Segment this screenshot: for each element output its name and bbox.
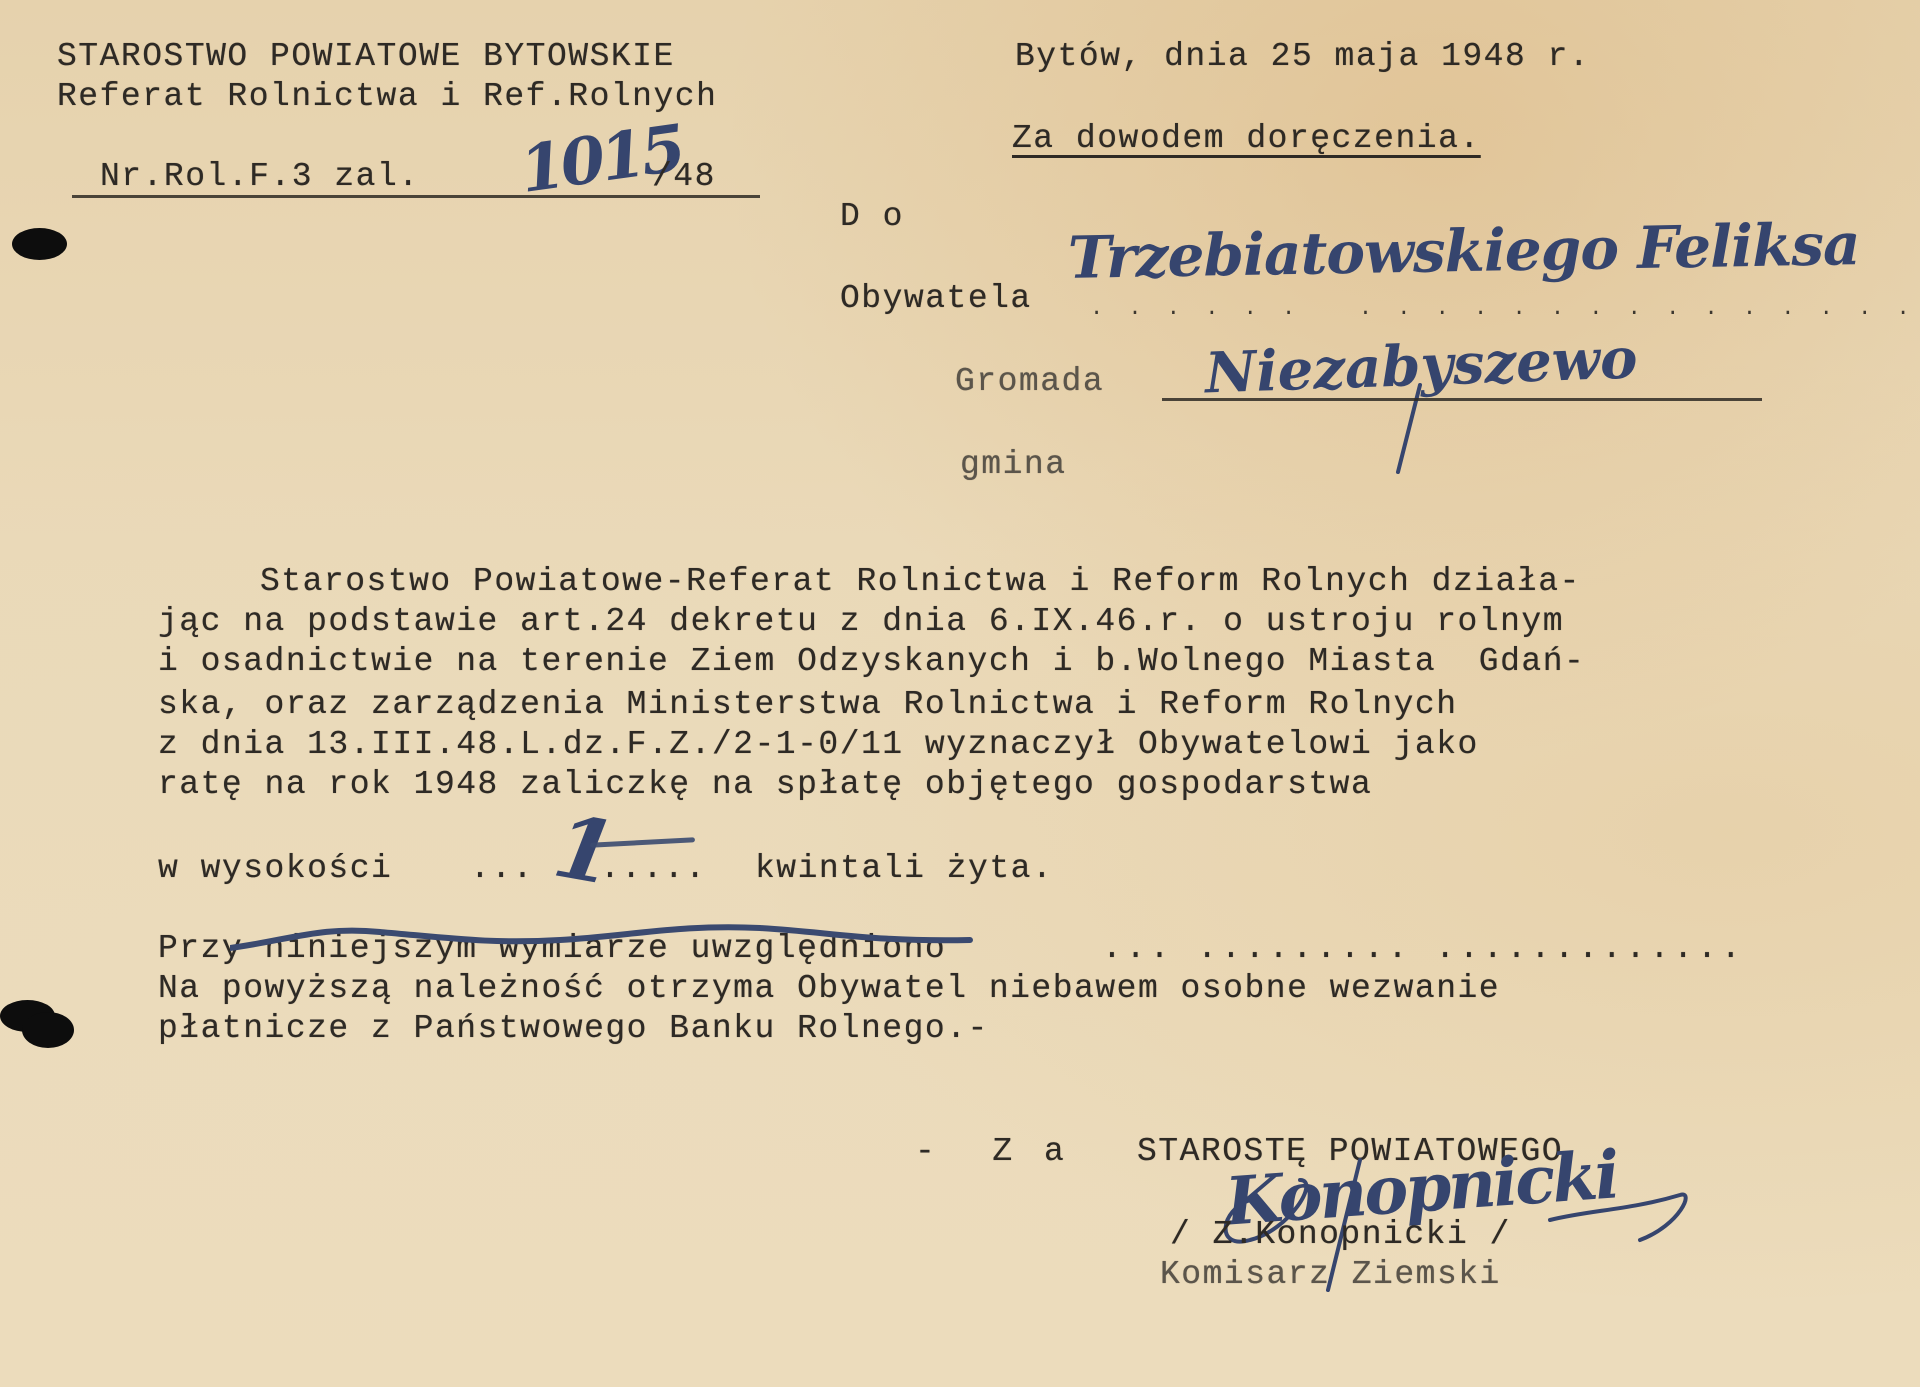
reference-suffix: /48 [652, 160, 716, 193]
body-line-6: ratę na rok 1948 zaliczkę na spłatę obję… [158, 768, 1372, 801]
strikethrough-stroke [230, 918, 990, 958]
community-underline [1162, 398, 1762, 401]
place-date: Bytów, dnia 25 maja 1948 r. [1015, 40, 1590, 73]
commune-label: gmina [960, 448, 1067, 481]
office-department: Referat Rolnictwa i Ref.Rolnych [57, 80, 717, 113]
body-line-5: z dnia 13.III.48.L.dz.F.Z./2-1-0/11 wyzn… [158, 728, 1479, 761]
citizen-name-handwritten: Trzebiatowskiego Feliksa [1068, 215, 1860, 287]
amount-prefix: w wysokości [158, 852, 392, 885]
body-line-1: Starostwo Powiatowe-Referat Rolnictwa i … [260, 565, 1581, 598]
signatory-title: Komisarz Ziemski [1160, 1258, 1501, 1291]
reference-prefix: Nr.Rol.F.3 zal. [100, 160, 420, 193]
community-label: Gromada [955, 365, 1104, 398]
punch-hole-bottom-2 [22, 1012, 74, 1048]
amount-suffix: kwintali żyta. [755, 852, 1053, 885]
struck-line-dots: ... ......... ............. [1102, 932, 1745, 965]
amount-dots-after: ..... [600, 852, 707, 885]
punch-hole-top [12, 228, 67, 260]
citizen-dotted-line: . . . . . . . . . . . . . . . . . . . . … [1090, 296, 1920, 321]
payment-line-1: Na powyższą należność otrzyma Obywatel n… [158, 972, 1500, 1005]
to-label: D o [840, 200, 904, 233]
delivery-note: Za dowodem doręczenia. [1012, 122, 1481, 155]
signature-for-label: - Z a [915, 1135, 1070, 1168]
payment-line-2: płatnicze z Państwowego Banku Rolnego.- [158, 1012, 989, 1045]
office-name: STAROSTWO POWIATOWE BYTOWSKIE [57, 40, 675, 73]
body-line-2: jąc na podstawie art.24 dekretu z dnia 6… [158, 605, 1564, 638]
body-line-4: ska, oraz zarządzenia Ministerstwa Rolni… [158, 688, 1458, 721]
reference-underline [72, 195, 760, 198]
community-descender-stroke [1380, 380, 1440, 480]
amount-dots-before: ... [470, 852, 534, 885]
signatory-name: / Z.Konopnicki / [1170, 1218, 1511, 1251]
body-line-3: i osadnictwie na terenie Ziem Odzyskanyc… [158, 645, 1585, 678]
citizen-label: Obywatela [840, 282, 1032, 315]
